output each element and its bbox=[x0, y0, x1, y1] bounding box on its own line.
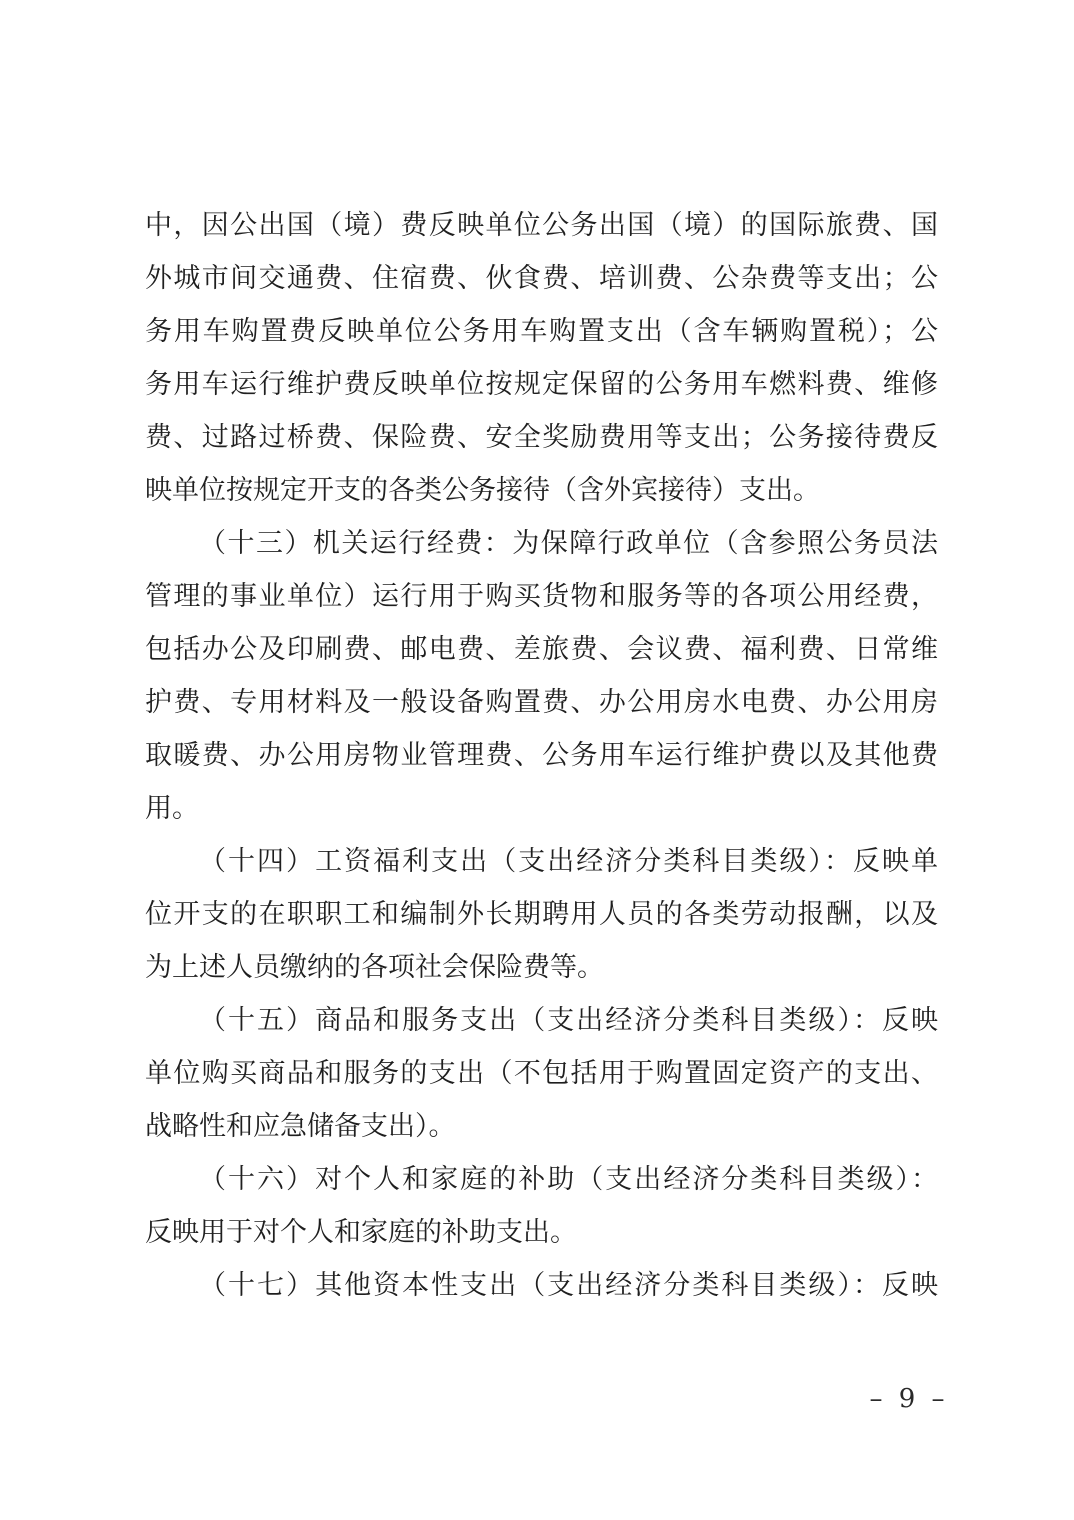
text-line: 中，因公出国（境）费反映单位公务出国（境）的国际旅费、国 bbox=[145, 199, 938, 252]
text-line: 单位购买商品和服务的支出（不包括用于购置固定资产的支出、 bbox=[145, 1047, 938, 1100]
text-line: 用。 bbox=[145, 782, 938, 835]
text-line: 取暖费、办公用房物业管理费、公务用车运行维护费以及其他费 bbox=[145, 729, 938, 782]
text-line: 费、过路过桥费、保险费、安全奖励费用等支出；公务接待费反 bbox=[145, 411, 938, 464]
text-line: 务用车运行维护费反映单位按规定保留的公务用车燃料费、维修 bbox=[145, 358, 938, 411]
text-line: （十三）机关运行经费：为保障行政单位（含参照公务员法 bbox=[145, 517, 938, 570]
text-line: 反映用于对个人和家庭的补助支出。 bbox=[145, 1206, 938, 1259]
text-line: 护费、专用材料及一般设备购置费、办公用房水电费、办公用房 bbox=[145, 676, 938, 729]
text-line: 为上述人员缴纳的各项社会保险费等。 bbox=[145, 941, 938, 994]
text-line: （十五）商品和服务支出（支出经济分类科目类级）：反映 bbox=[145, 994, 938, 1047]
text-line: （十六）对个人和家庭的补助（支出经济分类科目类级）： bbox=[145, 1153, 938, 1206]
text-line: 包括办公及印刷费、邮电费、差旅费、会议费、福利费、日常维 bbox=[145, 623, 938, 676]
text-line: 战略性和应急储备支出）。 bbox=[145, 1100, 938, 1153]
text-line: （十七）其他资本性支出（支出经济分类科目类级）：反映 bbox=[145, 1259, 938, 1312]
text-line: 位开支的在职职工和编制外长期聘用人员的各类劳动报酬，以及 bbox=[145, 888, 938, 941]
text-line: 外城市间交通费、住宿费、伙食费、培训费、公杂费等支出；公 bbox=[145, 252, 938, 305]
text-line: 管理的事业单位）运行用于购买货物和服务等的各项公用经费， bbox=[145, 570, 938, 623]
document-page: 中，因公出国（境）费反映单位公务出国（境）的国际旅费、国外城市间交通费、住宿费、… bbox=[0, 0, 1074, 1520]
text-line: 映单位按规定开支的各类公务接待（含外宾接待）支出。 bbox=[145, 464, 938, 517]
text-line: 务用车购置费反映单位公务用车购置支出（含车辆购置税）；公 bbox=[145, 305, 938, 358]
text-line: （十四）工资福利支出（支出经济分类科目类级）：反映单 bbox=[145, 835, 938, 888]
document-body: 中，因公出国（境）费反映单位公务出国（境）的国际旅费、国外城市间交通费、住宿费、… bbox=[145, 199, 938, 1312]
page-number: – 9 – bbox=[859, 1384, 959, 1414]
